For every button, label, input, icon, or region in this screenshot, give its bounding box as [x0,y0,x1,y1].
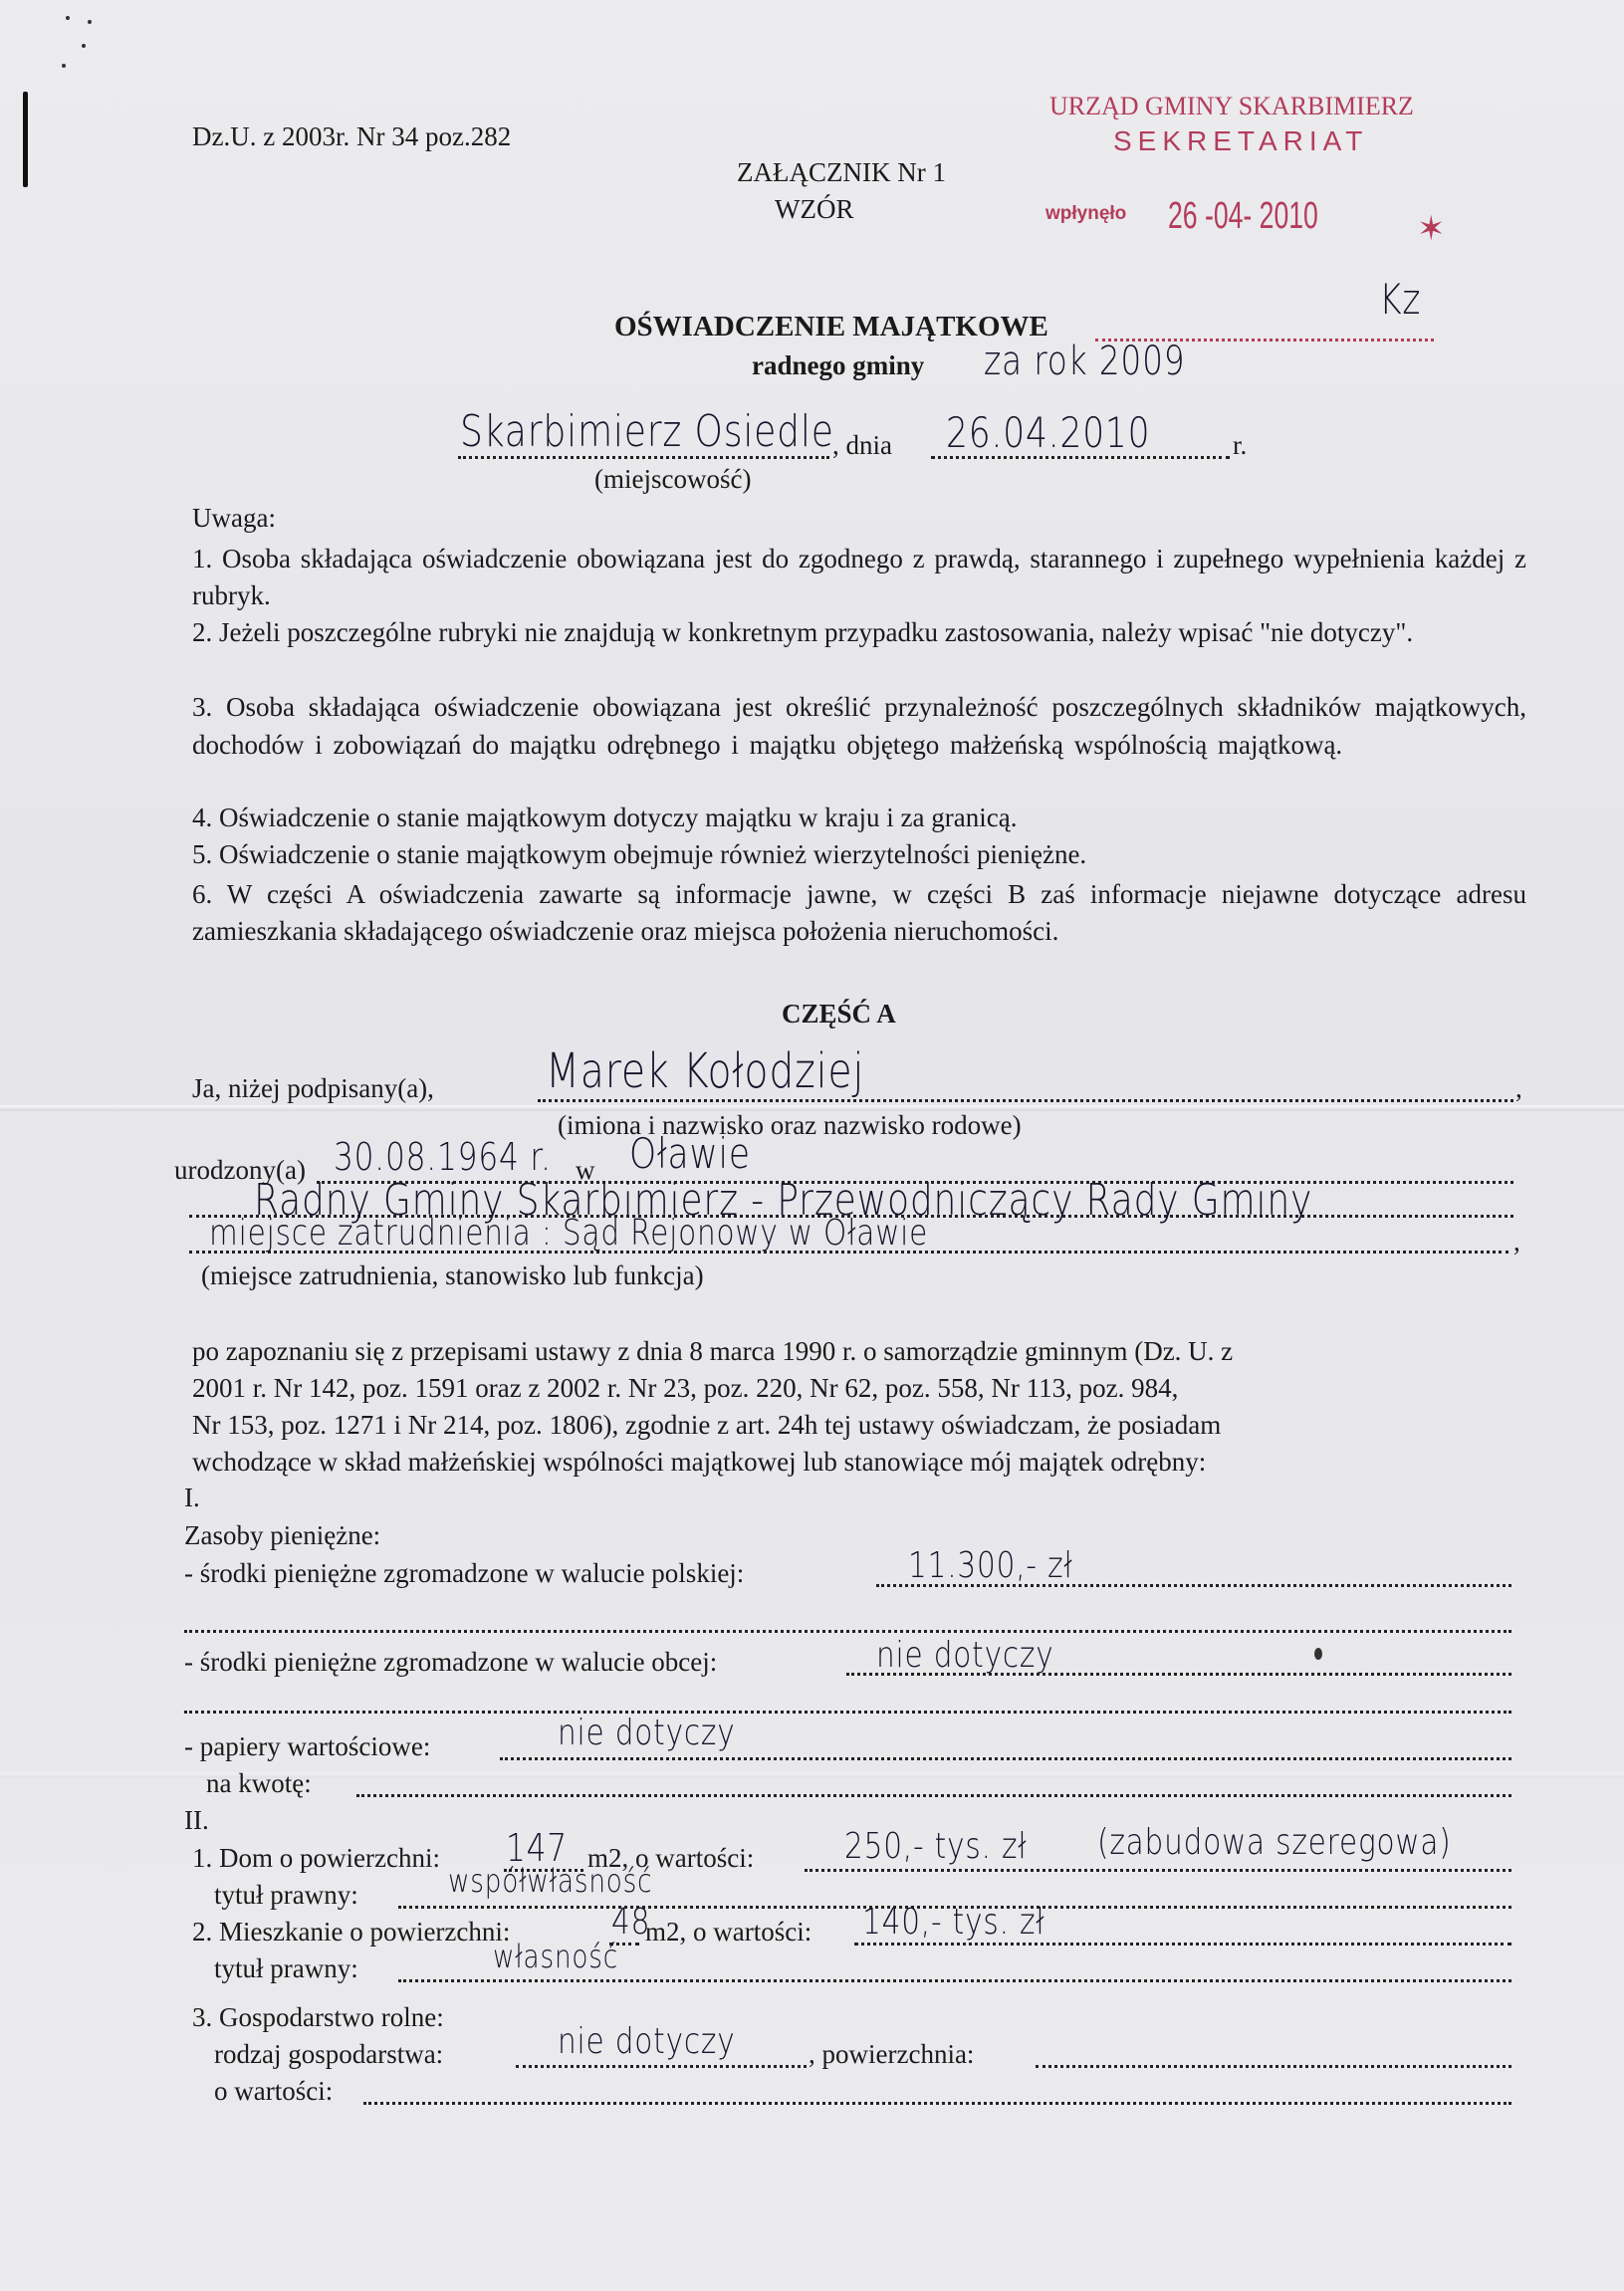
securities-field[interactable]: nie dotyczy [558,1713,736,1753]
scan-speck [62,64,66,68]
flat-title-label: tytuł prawny: [214,1953,358,1984]
note-item-1: 1. Osoba składająca oświadczenie obowiąz… [192,541,1526,614]
scan-speck [1314,1648,1322,1660]
pln-label: - środki pieniężne zgromadzone w walucie… [184,1558,744,1589]
house-label: 1. Dom o powierzchni: [192,1843,440,1874]
comma: , [1513,1227,1520,1258]
handwritten-initials: Kz [1379,275,1421,324]
house-title-label: tytuł prawny: [214,1880,358,1911]
annex-number: ZAŁĄCZNIK Nr 1 [737,157,946,188]
note-item-3: 3. Osoba składająca oświadczenie obowiąz… [192,688,1526,764]
scanned-page: Dz.U. z 2003r. Nr 34 poz.282 ZAŁĄCZNIK N… [0,0,1624,2291]
section-1-numeral: I. [184,1483,200,1513]
scan-speck [88,20,92,24]
place-field[interactable]: Skarbimierz Osiedle [460,406,834,457]
date-field[interactable]: 26.04.2010 [946,408,1150,457]
scan-speck [82,44,86,48]
employment-caption: (miejsce zatrudnienia, stanowisko lub fu… [201,1260,704,1291]
section-1-heading: Zasoby pieniężne: [184,1520,380,1551]
declaration-line-4: wchodzące w skład małżeńskiej wspólności… [192,1447,1206,1478]
notes-heading: Uwaga: [192,503,276,534]
note-item-4: 4. Oświadczenie o stanie majątkowym doty… [192,802,1017,833]
amount-label: na kwotę: [206,1768,312,1799]
declaration-line-2: 2001 r. Nr 142, poz. 1591 oraz z 2002 r.… [192,1373,1178,1404]
farm-type-dotted-line [516,2065,807,2068]
birth-date-field[interactable]: 30.08.1964 r. [334,1135,552,1179]
note-item-2: 2. Jeżeli poszczególne rubryki nie znajd… [192,614,1526,651]
farm-area-dotted-line [1036,2065,1511,2068]
stamp-office: URZĄD GMINY SKARBIMIERZ [1049,92,1414,121]
farm-value-dotted-line [363,2102,1511,2105]
declaration-line-1: po zapoznaniu się z przepisami ustawy z … [192,1336,1233,1367]
name-field[interactable]: Marek Kołodziej [546,1043,864,1099]
comma: , [1515,1073,1522,1104]
flat-title-dotted-line [398,1979,1511,1982]
star-icon: ✶ [1417,209,1446,249]
term-field[interactable]: za rok 2009 [984,339,1185,384]
farm-value-label: o wartości: [214,2076,333,2107]
house-title-field[interactable]: współwłasność [448,1862,652,1900]
stamp-received-date: 26 -04- 2010 [1168,195,1318,238]
pln-field[interactable]: 11.300,- zł [908,1545,1073,1586]
house-value-field[interactable]: 250,- tys. zł [844,1826,1028,1867]
name-caption: (imiona i nazwisko oraz nazwisko rodowe) [558,1110,1022,1141]
signed-label: Ja, niżej podpisany(a), [192,1073,434,1104]
pln-dotted-line-2 [184,1630,1511,1633]
section-2-numeral: II. [184,1805,209,1836]
date-suffix: r. [1233,430,1247,461]
amount-dotted-line [356,1794,1511,1797]
date-label: , dnia [832,430,892,461]
foreign-field[interactable]: nie dotyczy [876,1635,1054,1676]
securities-label: - papiery wartościowe: [184,1731,430,1762]
house-value-dotted-line [805,1869,1511,1872]
farm-area-label: , powierzchnia: [809,2039,974,2070]
farm-type-label: rodzaj gospodarstwa: [214,2039,443,2070]
farm-type-field[interactable]: nie dotyczy [558,2021,736,2062]
scan-speck [66,16,70,20]
flat-unit-label: m2, o wartości: [645,1917,812,1947]
place-caption: (miejscowość) [594,464,751,495]
staple-mark [23,92,28,187]
template-label: WZÓR [775,194,853,225]
employment-field-2[interactable]: miejsce zatrudnienia : Sąd Rejonowy w Oł… [209,1213,928,1254]
note-item-6: 6. W części A oświadczenia zawarte są in… [192,876,1526,950]
note-item-5: 5. Oświadczenie o stanie majątkowym obej… [192,839,1086,870]
securities-dotted-line [500,1757,1511,1760]
flat-value-field[interactable]: 140,- tys. zł [862,1902,1045,1943]
stamp-received-label: wpłynęło [1045,203,1126,225]
legal-reference: Dz.U. z 2003r. Nr 34 poz.282 [192,121,511,152]
flat-value-dotted-line [854,1943,1511,1946]
document-subtitle: radnego gminy [752,350,924,381]
foreign-label: - środki pieniężne zgromadzone w walucie… [184,1647,717,1678]
house-note-field[interactable]: (zabudowa szeregowa) [1097,1822,1452,1863]
farm-label: 3. Gospodarstwo rolne: [192,2002,444,2033]
name-dotted-line [538,1099,1513,1102]
declaration-line-3: Nr 153, poz. 1271 i Nr 214, poz. 1806), … [192,1410,1221,1441]
flat-label: 2. Mieszkanie o powierzchni: [192,1917,510,1947]
stamp-department: SEKRETARIAT [1113,125,1368,157]
flat-title-field[interactable]: własność [493,1938,618,1975]
birth-place-field[interactable]: Oławie [629,1129,751,1178]
part-a-heading: CZĘŚĆ A [782,999,896,1030]
foreign-dotted-line-2 [184,1711,1511,1714]
